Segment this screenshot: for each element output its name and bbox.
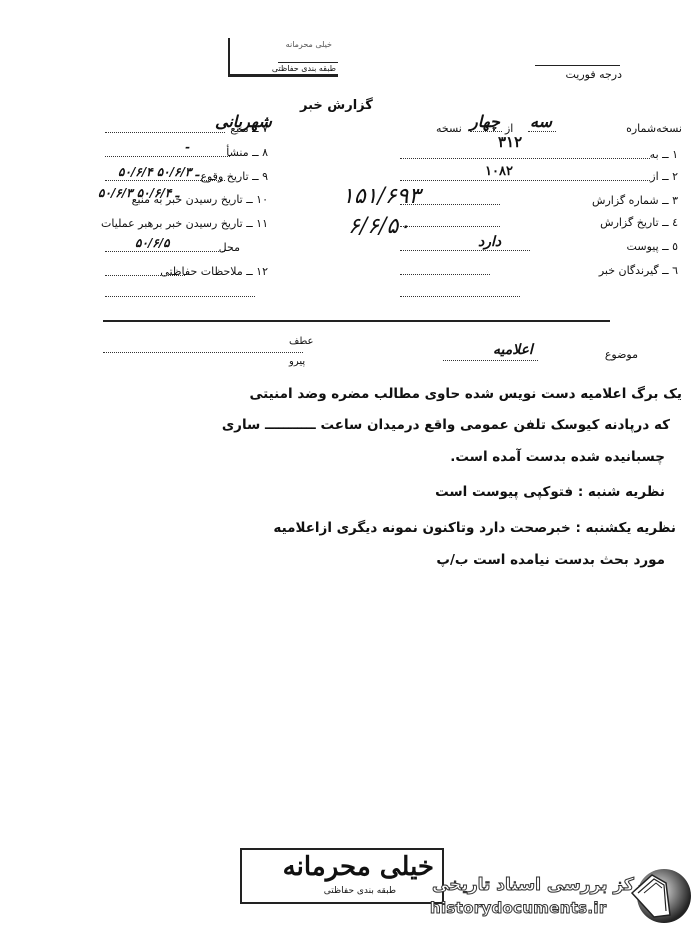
body-line-6: مورد بحث بدست نیامده است ب/پ — [436, 552, 665, 568]
copy-label: نسخه — [436, 122, 462, 135]
form-title: گزارش خبر — [300, 98, 373, 113]
form-divider — [103, 320, 610, 322]
field-attachment-dots — [400, 250, 530, 251]
reference-dots — [103, 352, 303, 353]
field-report-number-value: ۱۵۱/۶۹۳ — [342, 184, 420, 209]
field-to-label: ۱ ــ به — [650, 148, 678, 161]
field-source-value: شهربانی — [215, 112, 272, 131]
field-report-date-label: ٤ ــ تاریخ گزارش — [600, 216, 678, 229]
field-report-number-label: ۳ ــ شماره گزارش — [592, 194, 678, 207]
field-origin-value: - — [185, 140, 190, 154]
stamp-scrawl: خیلی محرمانه — [286, 40, 332, 49]
body-line-3: چسبانیده شده بدست آمده است. — [450, 449, 665, 465]
copy-of-value: چهار — [470, 112, 500, 131]
field-origin-dots — [105, 156, 230, 157]
field-report-date-value: ۶/۶/۵۰ — [348, 214, 410, 239]
stamp-bottom-caption: طبقه بندی حفاظتی — [324, 886, 396, 896]
field-to-value: ۳۱۲ — [498, 133, 522, 151]
classification-stamp-bottom: خیلی محرمانه طبقه بندی حفاظتی — [240, 848, 444, 904]
copy-of-dots — [470, 131, 502, 132]
field-place-value: ۵۰/۶/۵ — [135, 236, 170, 250]
field-recipients-dots-2 — [400, 296, 520, 297]
field-place-label: محل — [219, 241, 240, 254]
field-recipients-dots — [400, 274, 490, 275]
copy-number-label: نسخه‌شماره — [626, 122, 682, 135]
field-from-label: ۲ ــ از — [650, 170, 678, 183]
field-origin-label: ۸ ــ منشأ — [226, 146, 268, 159]
stamp-caption: طبقه بندی حفاظتی — [272, 64, 336, 73]
stamp-bottom-title: خیلی محرمانه — [283, 852, 434, 882]
copy-number-dots — [528, 131, 556, 132]
subject-dots — [443, 360, 538, 361]
reference-atf-label: عطف — [289, 336, 314, 347]
copy-number-value: سه — [530, 112, 552, 131]
field-security-notes-dots-2 — [105, 296, 255, 297]
field-security-notes-dots — [105, 275, 185, 276]
watermark-url: historydocuments.ir — [430, 899, 607, 917]
field-place-dots — [105, 251, 225, 252]
archive-logo-icon — [630, 865, 692, 927]
field-occurrence-date-value: ۵۰/۶/۴ ـ ۵۰/۶/۳ — [118, 165, 199, 179]
field-report-date-dots — [400, 226, 500, 227]
field-occurrence-date-label: ۹ ــ تاریخ وقوع — [200, 170, 268, 183]
reference-peyro-label: پیرو — [289, 356, 305, 367]
field-from-dots — [400, 180, 650, 181]
urgency-label: درجه فوریت — [565, 68, 622, 81]
classification-stamp-top: خیلی محرمانه طبقه بندی حفاظتی — [228, 38, 338, 77]
field-source-dots — [105, 132, 225, 133]
body-line-2: که درپادنه کیوسک تلفن عمومی واقع درمیدان… — [222, 417, 670, 433]
field-occurrence-date-dots — [105, 180, 225, 181]
body-line-1: یک برگ اعلامیه دست نویس شده حاوی مطالب م… — [249, 386, 682, 402]
field-news-to-source-date-value: ۵۰/۶/۳ ـ ۵۰/۶/۴ — [98, 186, 179, 200]
field-attachment-label: ٥ ــ پیوست — [627, 240, 678, 253]
field-news-to-ops-date-label: ۱۱ ــ تاریخ رسیدن خبر برهبر عملیات — [101, 217, 268, 230]
subject-label: موضوع — [605, 348, 638, 361]
urgency-line — [535, 65, 620, 66]
field-security-notes-label: ۱۲ ــ ملاحظات حفاظتی — [160, 265, 268, 278]
field-to-dots — [400, 158, 650, 159]
subject-value: اعلامیه — [493, 342, 533, 358]
field-attachment-value: دارد — [478, 234, 501, 250]
field-recipients-label: ٦ ــ گیرندگان خبر — [599, 264, 678, 277]
body-line-4: نظریه شنبه : فتوکپی پیوست است — [435, 484, 665, 500]
body-line-5: نظریه یکشنبه : خبرصحت دارد وتاکنون نمونه… — [273, 520, 676, 536]
stamp-underline — [278, 62, 338, 63]
watermark-title: مرکز بررسی اسناد تاریخی — [432, 875, 655, 895]
field-from-value: ۱۰۸۲ — [485, 164, 513, 179]
